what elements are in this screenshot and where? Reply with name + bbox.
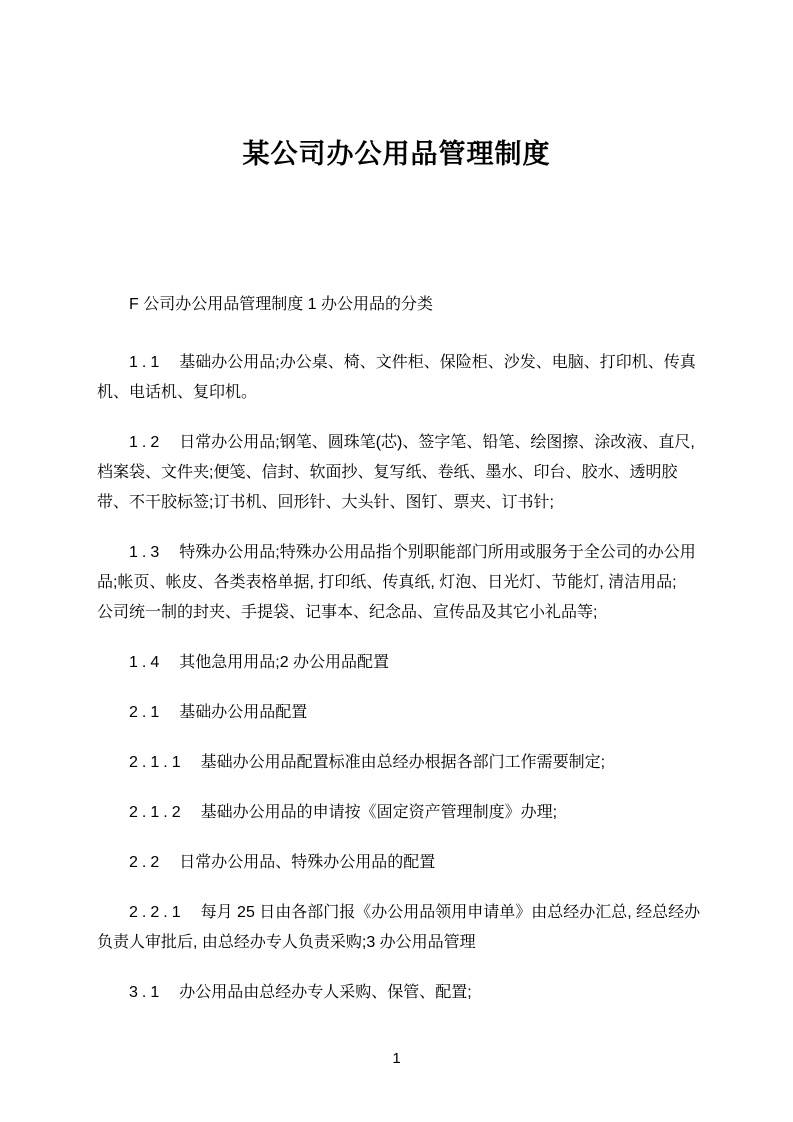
paragraph-3-1: 3.1办公用品由总经办专人采购、保管、配置; bbox=[97, 978, 776, 1008]
clause-number: 2.2.1 bbox=[129, 904, 185, 921]
clause-text: 每月 25 日由各部门报《办公用品领用申请单》由总经办汇总, 经总经办 bbox=[201, 904, 701, 921]
clause-text: 基础办公用品配置 bbox=[179, 704, 307, 721]
clause-line: 3.1办公用品由总经办专人采购、保管、配置; bbox=[97, 978, 776, 1008]
clause-number: 1.2 bbox=[129, 434, 163, 451]
clause-line: 2.1.2基础办公用品的申请按《固定资产管理制度》办理; bbox=[97, 798, 776, 828]
clause-text: 其他急用用品;2 办公用品配置 bbox=[179, 654, 389, 671]
clause-number: 2.1.2 bbox=[129, 804, 185, 821]
clause-number: 2.2 bbox=[129, 854, 163, 871]
clause-number: 2.1 bbox=[129, 704, 163, 721]
clause-line: 2.1基础办公用品配置 bbox=[97, 698, 776, 728]
clause-text: 日常办公用品;钢笔、圆珠笔(芯)、签字笔、铅笔、绘图擦、涂改液、直尺, bbox=[179, 434, 695, 451]
clause-line: 1.1基础办公用品;办公桌、椅、文件柜、保险柜、沙发、电脑、打印机、传真 bbox=[97, 348, 776, 378]
paragraph-2-1-2: 2.1.2基础办公用品的申请按《固定资产管理制度》办理; bbox=[97, 798, 776, 828]
clause-text: 基础办公用品的申请按《固定资产管理制度》办理; bbox=[201, 804, 557, 821]
clause-line: 2.2.1每月 25 日由各部门报《办公用品领用申请单》由总经办汇总, 经总经办 bbox=[97, 898, 776, 928]
paragraph-2-1: 2.1基础办公用品配置 bbox=[97, 698, 776, 728]
clause-number: 1.4 bbox=[129, 654, 163, 671]
clause-number: 1.3 bbox=[129, 544, 163, 561]
paragraph-2-1-1: 2.1.1基础办公用品配置标准由总经办根据各部门工作需要制定; bbox=[97, 748, 776, 778]
clause-text: 日常办公用品、特殊办公用品的配置 bbox=[179, 854, 435, 871]
clause-line: 档案袋、文件夹;便笺、信封、软面抄、复写纸、卷纸、墨水、印台、胶水、透明胶 bbox=[97, 458, 776, 488]
paragraph-1-1: 1.1基础办公用品;办公桌、椅、文件柜、保险柜、沙发、电脑、打印机、传真 机、电… bbox=[97, 348, 776, 408]
clause-number: 2.1.1 bbox=[129, 754, 185, 771]
clause-number: 1.1 bbox=[129, 354, 163, 371]
clause-line: 公司统一制的封夹、手提袋、记事本、纪念品、宣传品及其它小礼品等; bbox=[97, 598, 776, 628]
paragraph-1-4: 1.4其他急用用品;2 办公用品配置 bbox=[97, 648, 776, 678]
page-number: 1 bbox=[0, 1048, 793, 1070]
clause-line: 品;帐页、帐皮、各类表格单据, 打印纸、传真纸, 灯泡、日光灯、节能灯, 清洁用… bbox=[97, 568, 776, 598]
clause-line: 1.4其他急用用品;2 办公用品配置 bbox=[97, 648, 776, 678]
clause-text: 基础办公用品;办公桌、椅、文件柜、保险柜、沙发、电脑、打印机、传真 bbox=[179, 354, 695, 371]
paragraph-2-2-1: 2.2.1每月 25 日由各部门报《办公用品领用申请单》由总经办汇总, 经总经办… bbox=[97, 898, 776, 958]
paragraph-2-2: 2.2日常办公用品、特殊办公用品的配置 bbox=[97, 848, 776, 878]
document-body: F 公司办公用品管理制度 1 办公用品的分类 1.1基础办公用品;办公桌、椅、文… bbox=[97, 290, 776, 1008]
section-heading: F 公司办公用品管理制度 1 办公用品的分类 bbox=[97, 290, 776, 320]
clause-line: 负责人审批后, 由总经办专人负责采购;3 办公用品管理 bbox=[97, 928, 776, 958]
clause-line: 带、不干胶标签;订书机、回形针、大头针、图钉、票夹、订书针; bbox=[97, 488, 776, 518]
paragraph-1-3: 1.3特殊办公用品;特殊办公用品指个别职能部门所用或服务于全公司的办公用 品;帐… bbox=[97, 538, 776, 628]
document-page: 某公司办公用品管理制度 F 公司办公用品管理制度 1 办公用品的分类 1.1基础… bbox=[0, 0, 793, 1122]
clause-line: 1.3特殊办公用品;特殊办公用品指个别职能部门所用或服务于全公司的办公用 bbox=[97, 538, 776, 568]
clause-text: 特殊办公用品;特殊办公用品指个别职能部门所用或服务于全公司的办公用 bbox=[179, 544, 695, 561]
clause-text: 基础办公用品配置标准由总经办根据各部门工作需要制定; bbox=[201, 754, 605, 771]
clause-line: 机、电话机、复印机。 bbox=[97, 378, 776, 408]
clause-text: 办公用品由总经办专人采购、保管、配置; bbox=[179, 984, 471, 1001]
clause-number: 3.1 bbox=[129, 984, 163, 1001]
document-title: 某公司办公用品管理制度 bbox=[0, 0, 793, 170]
paragraph-1-2: 1.2日常办公用品;钢笔、圆珠笔(芯)、签字笔、铅笔、绘图擦、涂改液、直尺, 档… bbox=[97, 428, 776, 518]
clause-line: 2.1.1基础办公用品配置标准由总经办根据各部门工作需要制定; bbox=[97, 748, 776, 778]
clause-line: 2.2日常办公用品、特殊办公用品的配置 bbox=[97, 848, 776, 878]
clause-line: 1.2日常办公用品;钢笔、圆珠笔(芯)、签字笔、铅笔、绘图擦、涂改液、直尺, bbox=[97, 428, 776, 458]
